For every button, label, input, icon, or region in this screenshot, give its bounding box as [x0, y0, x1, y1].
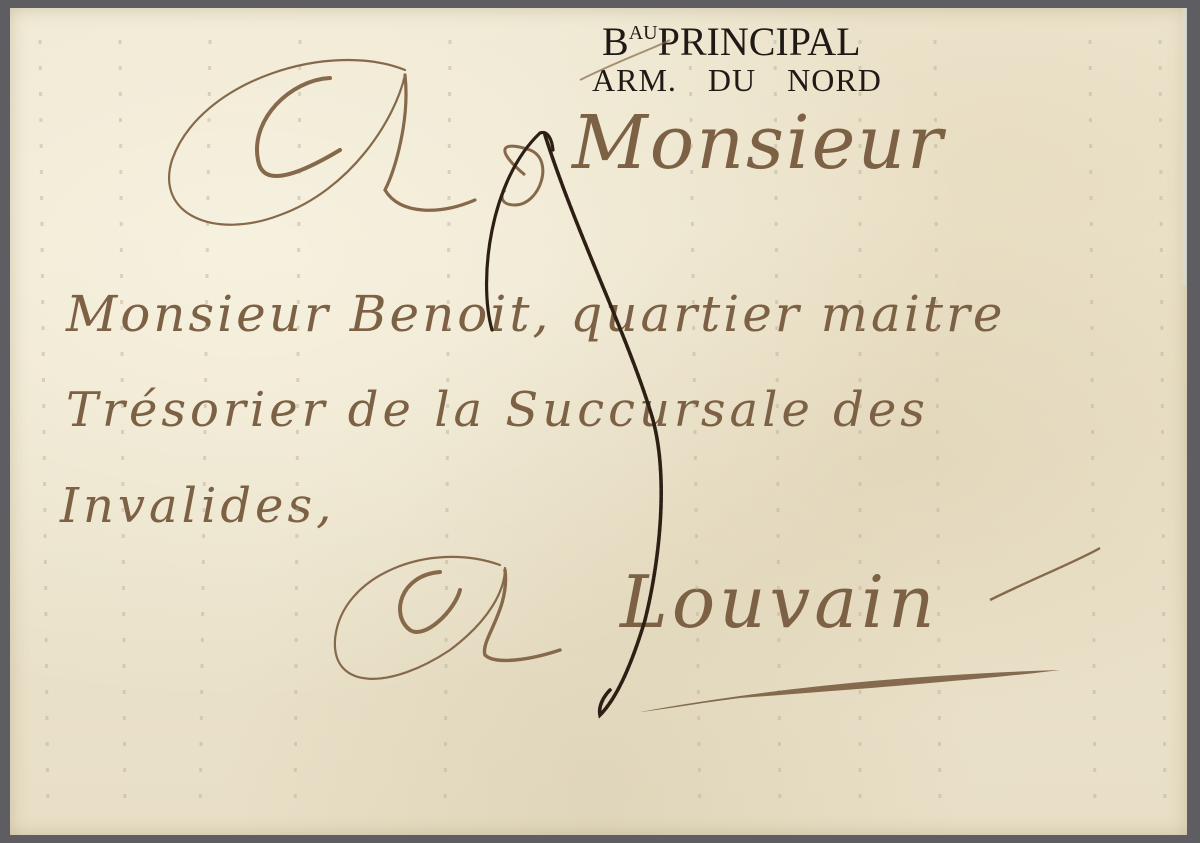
- postmark-line1: BAUPRINCIPAL: [602, 18, 861, 65]
- paper-fold-edge: [1181, 8, 1187, 286]
- postmark-superscript: AU: [629, 22, 658, 44]
- address-line-institution: Invalides,: [60, 478, 335, 534]
- address-city: Louvain: [620, 560, 939, 644]
- address-line-recipient: Monsieur Benoit, quartier maitre: [66, 285, 1005, 343]
- address-line-title: Trésorier de la Succursale des: [66, 382, 929, 438]
- postmark-prefix: B: [602, 19, 629, 64]
- postmark-main: PRINCIPAL: [658, 19, 861, 64]
- postmark-line2: ARM. DU NORD: [592, 62, 882, 99]
- address-monsieur-heading: Monsieur: [572, 100, 944, 186]
